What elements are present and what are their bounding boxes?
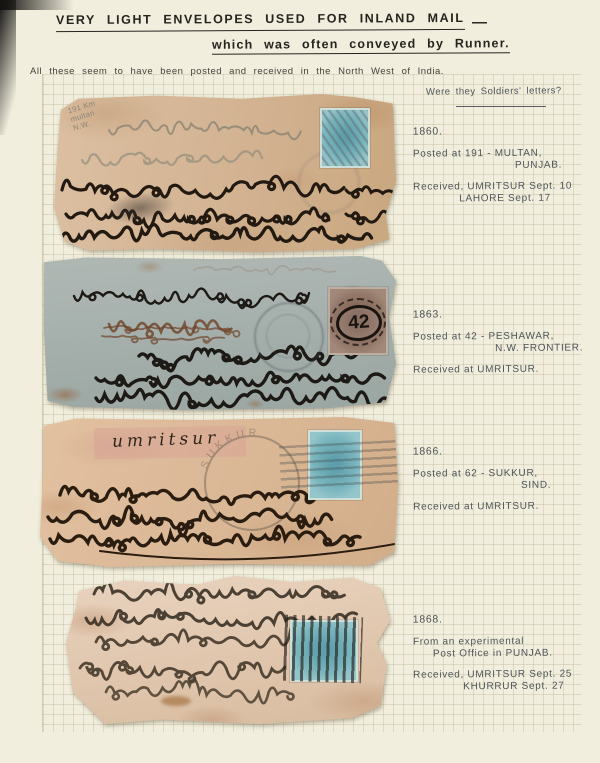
script-stroke [96,627,296,650]
script-stroke [94,582,344,603]
annotation-1866: 1866. Posted at 62 - SUKKUR, SIND. Recei… [413,444,595,513]
script-stroke [194,266,336,275]
annotation-year: 1866. [413,444,595,457]
photo-corner-shadow [0,0,80,10]
envelope-1860: 191 Km multan N.W. [54,94,396,252]
blue-stamp [320,108,370,168]
page-subtitle: which was often conveyed by Runner. [212,36,510,55]
script-stroke [109,120,301,139]
envelope-paper [66,576,390,724]
annotation-received: LAHORE Sept. 17 [459,192,595,205]
envelope-1868 [66,576,390,724]
svg-text:SUKKUR: SUKKUR [199,427,261,471]
barred-grid-cancel [283,615,363,684]
script-stroke [62,176,344,200]
annotation-1860: 1860. Posted at 191 - MULTAN, PUNJAB. Re… [413,124,596,205]
envelope-1866: umritsur SUKKUR [40,417,398,567]
annotation-posted: SIND. [521,479,595,492]
annotation-received: Received, UMRITSUR Sept. 10 [413,180,595,193]
script-stroke [50,526,360,550]
annotation-received: KHURRUR Sept. 27 [463,680,595,693]
annotation-received: Received at UMRITSUR. [413,363,595,376]
script-stroke [96,388,396,410]
envelope-paper: 42 [44,256,396,410]
question-underline [456,106,546,107]
script-stroke [102,336,224,344]
annotation-received: Received at UMRITSUR. [413,500,595,513]
album-page: VERY LIGHT ENVELOPES USED FOR INLAND MAI… [0,0,600,763]
script-stroke [60,486,315,504]
question-note: Were they Soldiers' letters? [426,85,562,97]
intro-note: All these seem to have been posted and r… [30,66,444,77]
script-stroke [139,346,358,371]
script-stroke [346,187,395,198]
circular-postmark-inner [266,314,310,358]
script-stroke [62,225,372,243]
cancellation-bars [322,110,368,166]
annotation-received: Received, UMRITSUR Sept. 25 [413,668,595,681]
annotation-year: 1863. [413,307,595,320]
script-stroke [80,661,285,681]
title-dash: — [472,14,487,31]
annotation-1868: 1868. From an experimental Post Office i… [413,612,596,693]
script-stroke [346,211,386,224]
envelope-1863: 42 [44,256,396,410]
page-title: VERY LIGHT ENVELOPES USED FOR INLAND MAI… [56,11,465,32]
annotation-year: 1860. [413,124,595,137]
photo-corner-shadow [0,0,16,135]
script-stroke [96,372,385,387]
envelope-paper: 191 Km multan N.W. [54,94,396,252]
annotation-1863: 1863. Posted at 42 - PESHAWAR, N.W. FRON… [413,307,595,376]
script-stroke [106,679,293,703]
envelope-paper: umritsur SUKKUR [40,417,398,567]
script-stroke [82,151,262,166]
annotation-year: 1868. [413,612,595,625]
paper-stain [161,696,191,706]
annotation-posted: Post Office in PUNJAB. [433,647,595,660]
brown-stamp: 42 [328,287,388,355]
annotation-posted: PUNJAB. [515,159,595,172]
cancellation-bars [279,440,399,490]
annotation-posted: N.W. FRONTIER. [495,342,595,355]
